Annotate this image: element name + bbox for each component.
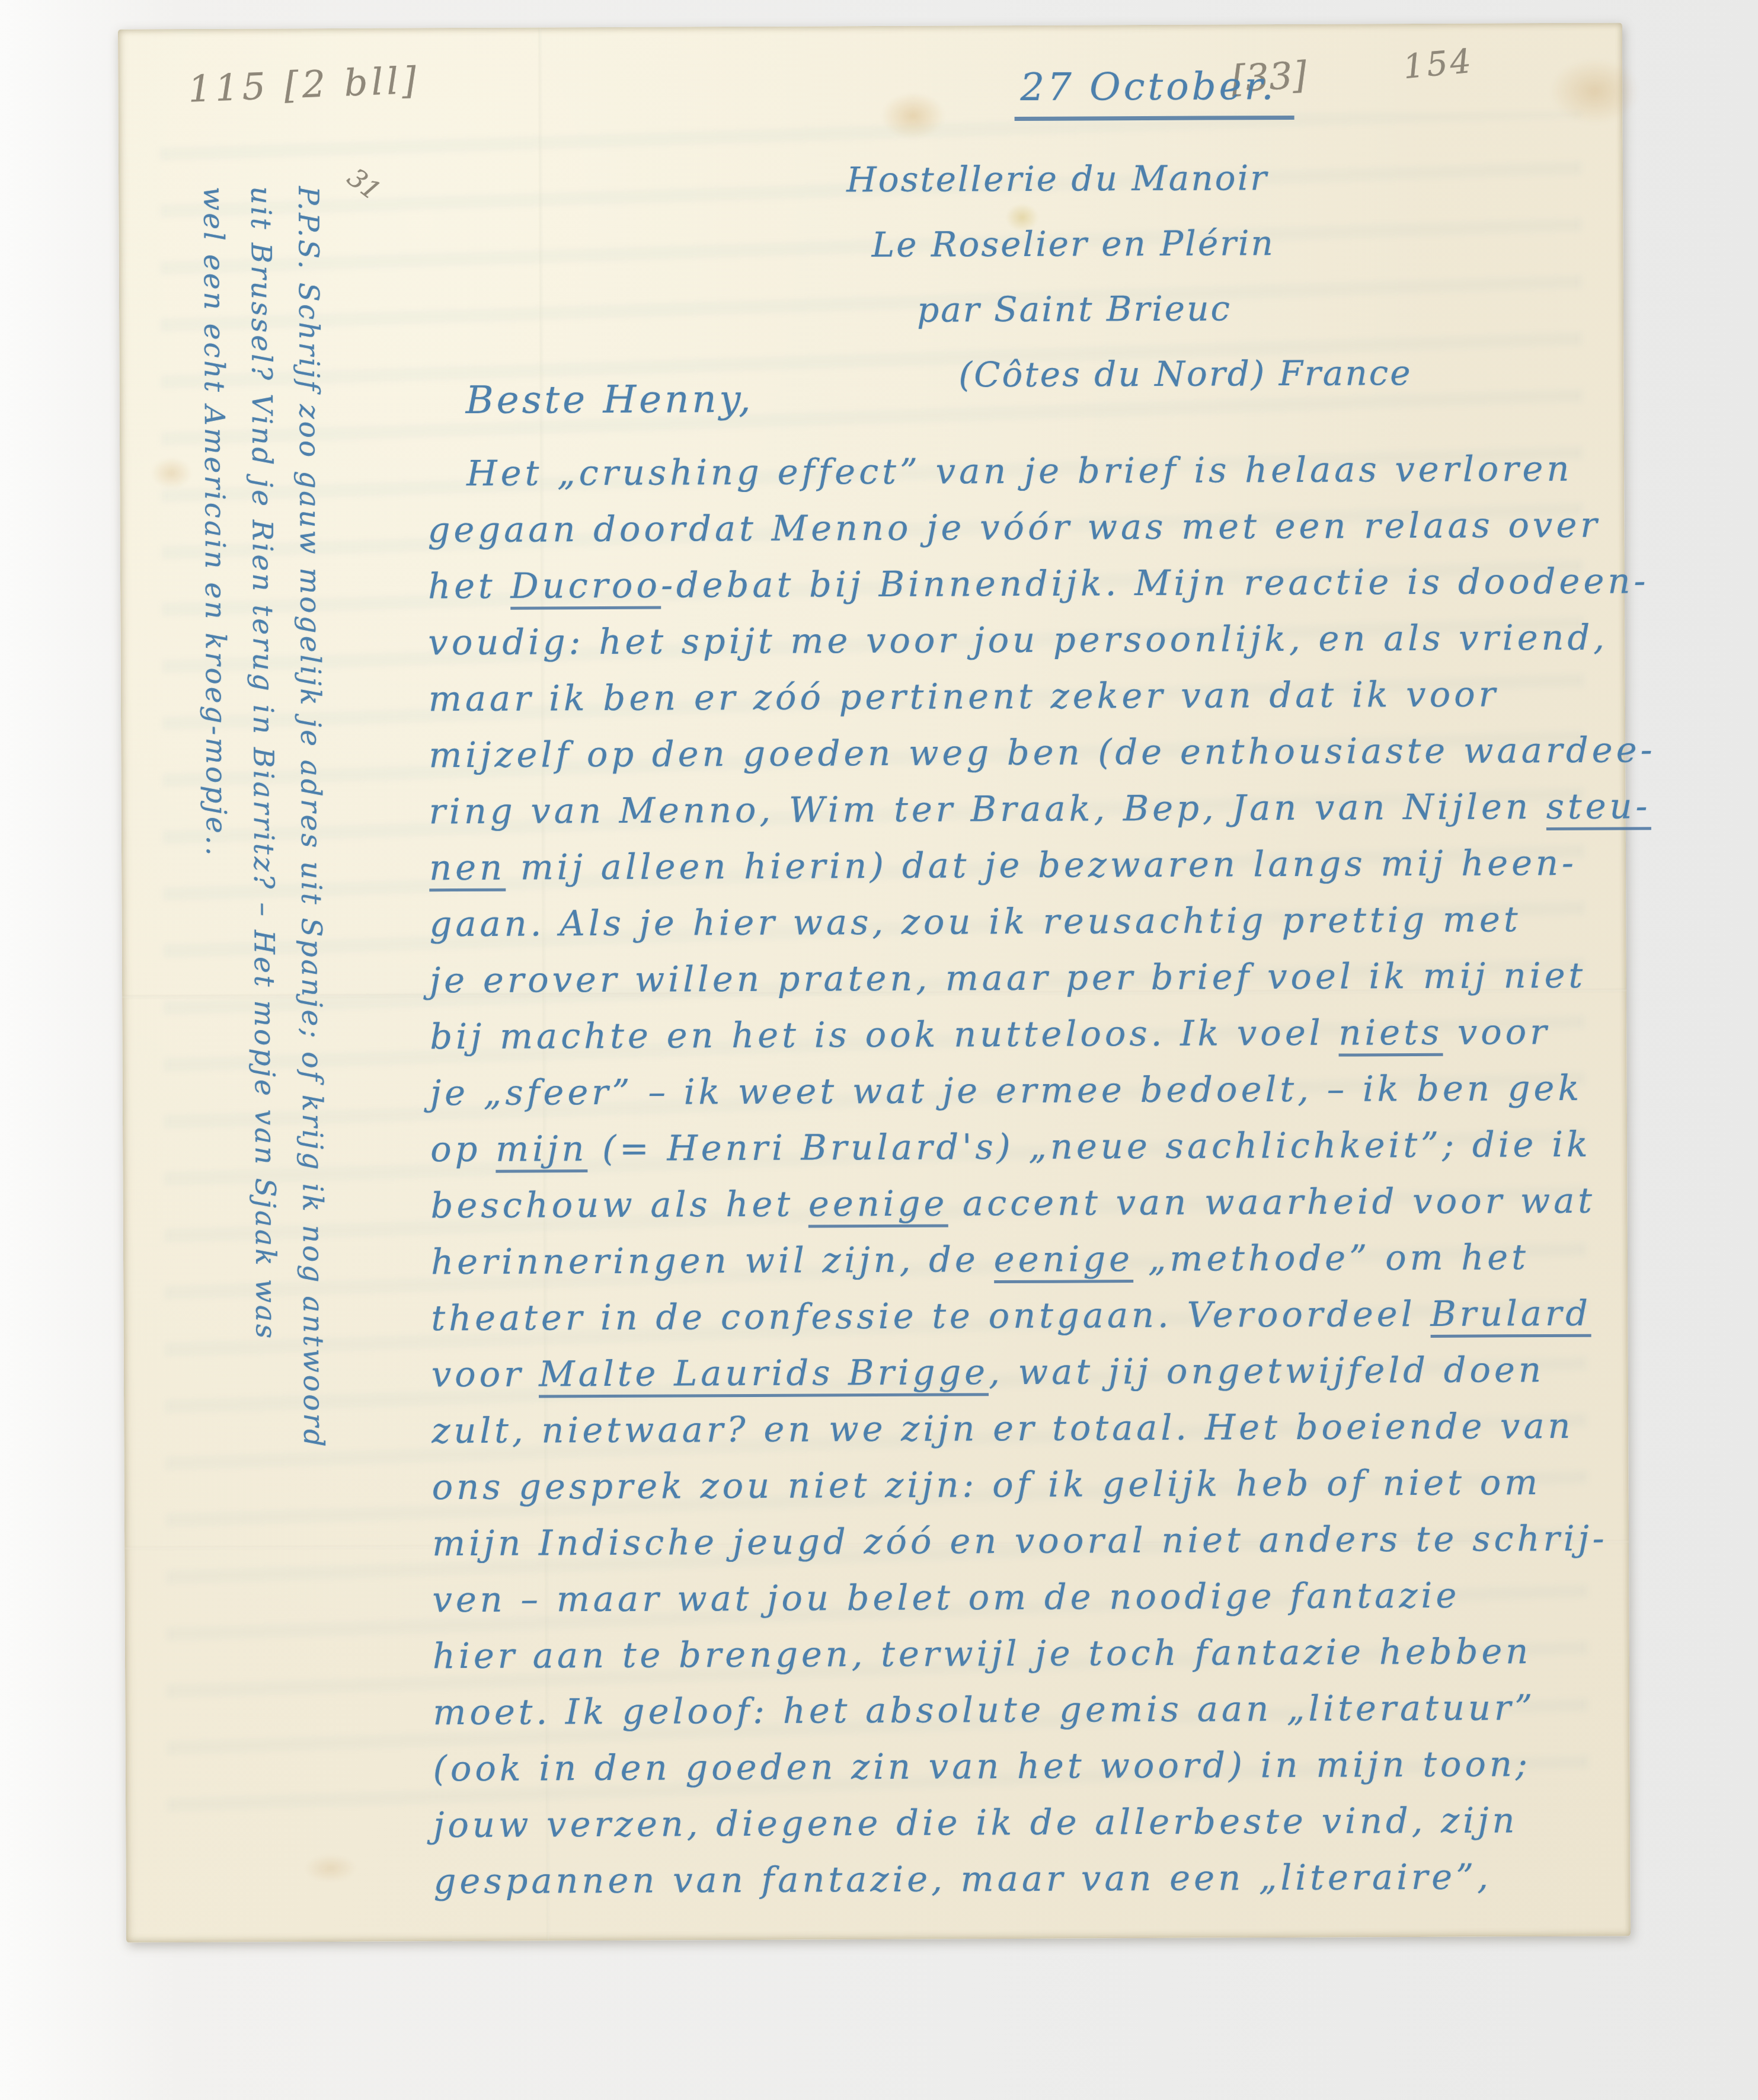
letter-page: 115 [2 bll] 31 [33] 154 27 October. Host… [118, 23, 1631, 1942]
hand-line: theater in de confessie te ontgaan. Vero… [431, 1284, 1622, 1346]
scan-background: { "document": { "kind": "handwritten-let… [0, 0, 1758, 2100]
hand-line: gespannen van fantazie, maar van een „li… [433, 1848, 1625, 1909]
paper-stain [880, 92, 945, 139]
hand-line: het Ducroo-debat bij Binnendijk. Mijn re… [428, 553, 1619, 615]
hand-line: voor Malte Laurids Brigge, wat jij onget… [431, 1341, 1623, 1402]
postscript-vertical: P.P.S. Schrijf zoo gauw mogelijk je adre… [189, 186, 338, 1751]
ps-line: wel een echt Americain en kroeg-mopje.. [189, 187, 244, 1751]
paper-stain [151, 457, 192, 489]
page-number-annotation: 154 [1402, 42, 1475, 87]
addr-line: par Saint Brieuc [917, 275, 1412, 343]
addr-line: Hostellerie du Manoir [846, 145, 1411, 212]
letter-date: 27 October. [1014, 65, 1294, 121]
hand-line: gaan. Als je hier was, zou ik reusachtig… [429, 891, 1620, 952]
hand-line: (ook in den goeden zin van het woord) in… [433, 1735, 1625, 1797]
hand-line: zult, nietwaar? en we zijn er totaal. He… [431, 1397, 1623, 1459]
hand-line: op mijn (= Henri Brulard's) „neue sachli… [430, 1116, 1622, 1178]
hand-line: gegaan doordat Menno je vóór was met een… [427, 497, 1619, 558]
hand-line: ven – maar wat jou belet om de noodige f… [432, 1566, 1623, 1628]
ps-line: P.P.S. Schrijf zoo gauw mogelijk je adre… [284, 186, 338, 1751]
paper-stain [1550, 58, 1639, 124]
hand-line: bij machte en het is ook nutteloos. Ik v… [430, 1003, 1621, 1065]
archive-number-annotation: 115 [2 bll] [187, 59, 421, 111]
hand-line: voudig: het spijt me voor jou persoonlij… [428, 609, 1619, 671]
salutation: Beste Henny, [466, 378, 754, 423]
hand-line: ons gesprek zou niet zijn: of ik gelijk … [431, 1453, 1623, 1515]
hand-line: hier aan te brengen, terwijl je toch fan… [433, 1622, 1624, 1684]
paper-stain [303, 1854, 357, 1882]
addr-line: Le Roselier en Plérin [871, 210, 1411, 277]
sender-address: Hostellerie du ManoirLe Roselier en Plér… [846, 145, 1412, 408]
hand-line: je erover willen praten, maar per brief … [430, 947, 1621, 1009]
addr-line: (Côtes du Nord) France [958, 340, 1412, 407]
hand-line: Het „crushing effect” van je brief is he… [427, 440, 1619, 502]
letter-body: Het „crushing effect” van je brief is he… [427, 440, 1625, 1910]
hand-line: mijn Indische jeugd zóó en vooral niet a… [432, 1510, 1623, 1571]
ps-line: uit Brussel? Vind je Rien terug in Biarr… [236, 186, 291, 1751]
hand-line: nen mij alleen hierin) dat je bezwaren l… [429, 835, 1620, 896]
hand-line: beschouw als het eenige accent van waarh… [430, 1172, 1622, 1233]
hand-line: mijzelf op den goeden weg ben (de enthou… [429, 722, 1620, 784]
hand-line: je „sfeer” – ik weet wat je ermee bedoel… [430, 1060, 1622, 1121]
hand-line: jouw verzen, diegene die ik de allerbest… [433, 1791, 1625, 1853]
hand-line: herinneringen wil zijn, de eenige „metho… [431, 1228, 1622, 1290]
hand-line: moet. Ik geloof: het absolute gemis aan … [433, 1679, 1624, 1740]
hand-line: maar ik ben er zóó pertinent zeker van d… [429, 666, 1620, 727]
archive-subnumber-annotation: 31 [341, 162, 386, 207]
hand-line: ring van Menno, Wim ter Braak, Bep, Jan … [429, 778, 1620, 840]
